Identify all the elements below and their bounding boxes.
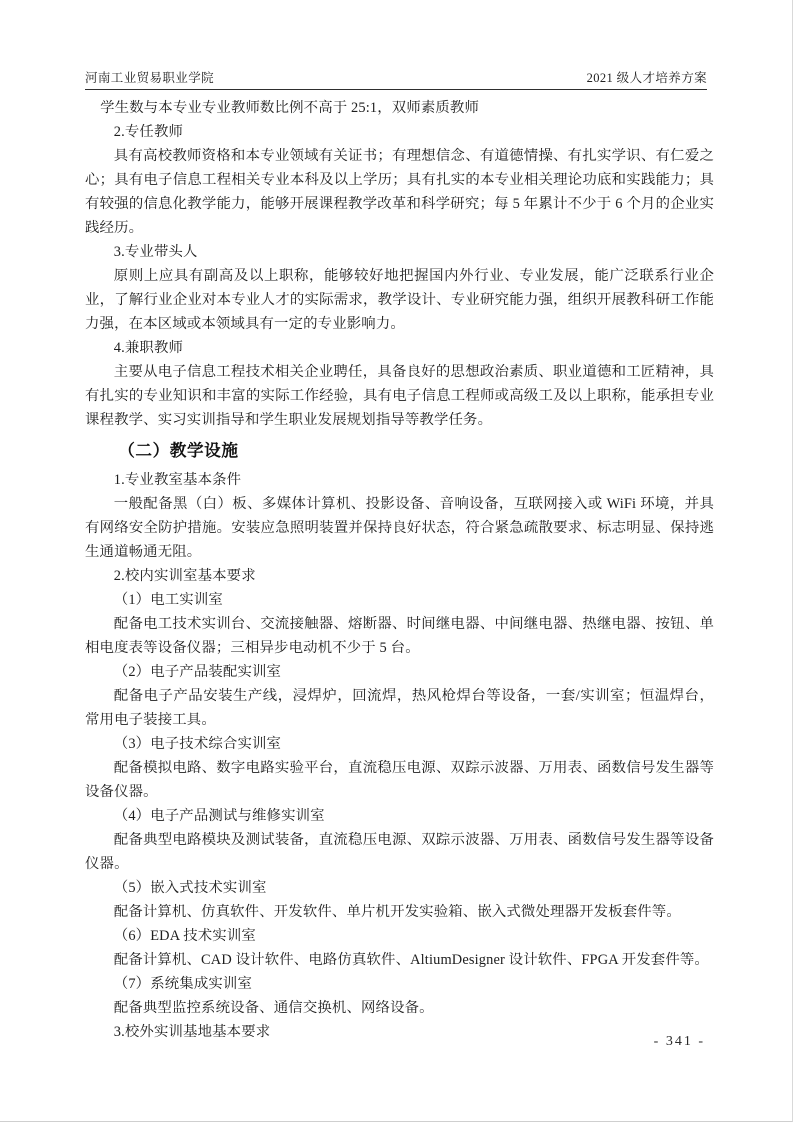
paragraph: （5）嵌入式技术实训室 [85,876,714,900]
document-body: 学生数与本专业专业教师数比例不高于 25:1，双师素质教师2.专任教师具有高校教… [85,96,714,1044]
paragraph: 配备电子产品安装生产线，浸焊炉，回流焊，热风枪焊台等设备，一套/实训室；恒温焊台… [85,684,714,732]
paragraph: （1）电工实训室 [85,588,714,612]
paragraph: 3.校外实训基地基本要求 [85,1020,714,1044]
paragraph: 1.专业教室基本条件 [85,468,714,492]
page-header: 河南工业贸易职业学院 2021 级人才培养方案 [85,68,707,86]
document-page: 河南工业贸易职业学院 2021 级人才培养方案 学生数与本专业专业教师数比例不高… [0,0,793,1122]
paragraph: 配备典型监控系统设备、通信交换机、网络设备。 [85,996,714,1020]
paragraph: （2）电子产品装配实训室 [85,660,714,684]
header-school-name: 河南工业贸易职业学院 [85,68,214,86]
paragraph: 具有高校教师资格和本专业领域有关证书；有理想信念、有道德情操、有扎实学识、有仁爱… [85,144,714,240]
paragraph: 学生数与本专业专业教师数比例不高于 25:1，双师素质教师 [85,96,714,120]
paragraph: 一般配备黑（白）板、多媒体计算机、投影设备、音响设备，互联网接入或 WiFi 环… [85,492,714,564]
paragraph: 配备计算机、CAD 设计软件、电路仿真软件、AltiumDesigner 设计软… [85,948,714,972]
paragraph: 配备电工技术实训台、交流接触器、熔断器、时间继电器、中间继电器、热继电器、按钮、… [85,612,714,660]
paragraph: 配备模拟电路、数字电路实验平台，直流稳压电源、双踪示波器、万用表、函数信号发生器… [85,756,714,804]
header-divider [85,89,707,90]
paragraph: 2.专任教师 [85,120,714,144]
paragraph: 3.专业带头人 [85,240,714,264]
paragraph: （3）电子技术综合实训室 [85,732,714,756]
paragraph: 配备计算机、仿真软件、开发软件、单片机开发实验箱、嵌入式微处理器开发板套件等。 [85,900,714,924]
paragraph: （6）EDA 技术实训室 [85,924,714,948]
page-number: - 341 - [654,1034,705,1050]
header-plan-title: 2021 级人才培养方案 [587,68,707,86]
paragraph: 2.校内实训室基本要求 [85,564,714,588]
paragraph: 4.兼职教师 [85,336,714,360]
paragraph: （4）电子产品测试与维修实训室 [85,804,714,828]
paragraph: （7）系统集成实训室 [85,972,714,996]
section-heading: （二）教学设施 [85,436,714,465]
paragraph: 主要从电子信息工程技术相关企业聘任，具备良好的思想政治素质、职业道德和工匠精神，… [85,360,714,432]
paragraph: 配备典型电路模块及测试装备，直流稳压电源、双踪示波器、万用表、函数信号发生器等设… [85,828,714,876]
paragraph: 原则上应具有副高及以上职称，能够较好地把握国内外行业、专业发展，能广泛联系行业企… [85,264,714,336]
